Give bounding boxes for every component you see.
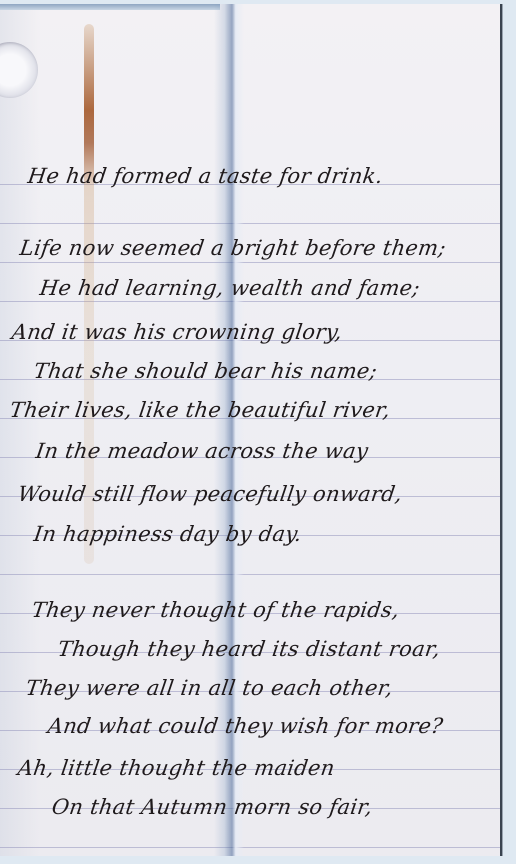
poem-line-12: They were all in all to each other, [24, 676, 394, 700]
poem-line-1: He had formed a taste for drink. [26, 164, 384, 188]
poem-line-6: Their lives, like the beautiful river, [8, 398, 392, 422]
page-top-edge [0, 4, 220, 10]
poem-line-7: In the meadow across the way [34, 439, 370, 463]
poem-line-4: And it was his crowning glory, [10, 320, 344, 344]
poem-line-9: In happiness day by day. [32, 522, 303, 546]
poem-line-10: They never thought of the rapids, [30, 598, 401, 622]
manuscript-page: He had formed a taste for drink. Life no… [0, 4, 502, 856]
poem-line-5: That she should bear his name; [32, 359, 379, 383]
embossed-seal [0, 42, 38, 98]
poem-line-2: Life now seemed a bright before them; [18, 236, 447, 260]
ruled-line [0, 574, 500, 575]
poem-line-14: Ah, little thought the maiden [16, 756, 336, 780]
poem-line-13: And what could they wish for more? [46, 714, 444, 738]
poem-line-3: He had learning, wealth and fame; [38, 276, 421, 300]
ruled-line [0, 301, 500, 302]
ruled-line [0, 847, 500, 848]
poem-line-11: Though they heard its distant roar, [56, 637, 442, 661]
ruled-line [0, 223, 500, 224]
poem-line-8: Would still flow peacefully onward, [16, 482, 404, 506]
ruled-line [0, 262, 500, 263]
poem-line-15: On that Autumn morn so fair, [50, 795, 374, 819]
